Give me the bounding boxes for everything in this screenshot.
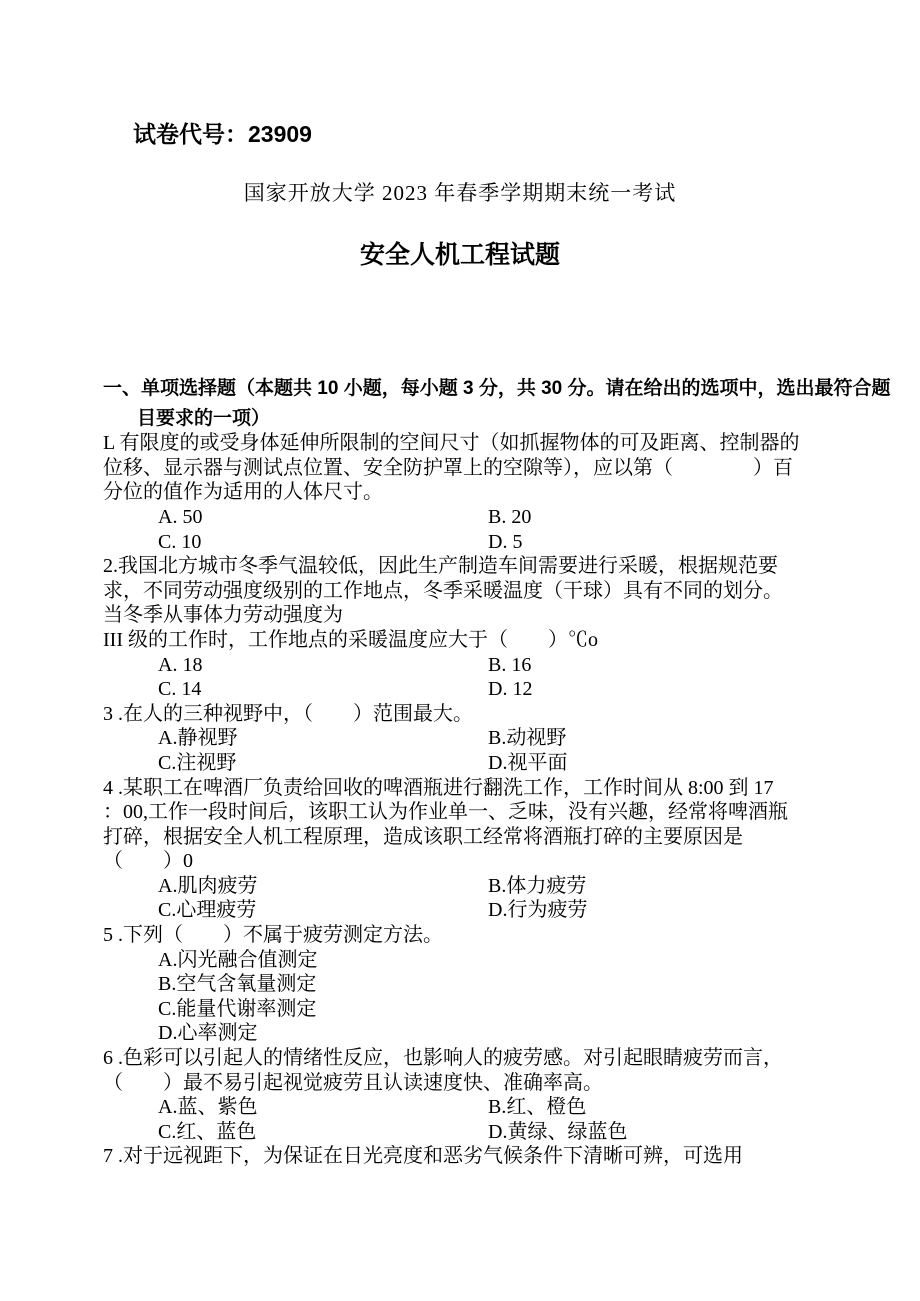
question-3-option-b: B.动视野	[488, 726, 566, 751]
question-3-stem-line-1: 3 .在人的三种视野中，（ ）范围最大。	[103, 702, 843, 727]
question-6-stem-line-2: （ ）最不易引起视觉疲劳且认读速度快、准确率高。	[103, 1071, 843, 1096]
question-1-option-c: C. 10	[158, 531, 201, 553]
question-2-option-c: C. 14	[158, 678, 201, 700]
question-7-stem-line-1: 7 .对于远视距下，为保证在日光亮度和恶劣气候条件下清晰可辨，可选用	[103, 1144, 843, 1169]
question-4-options-row-1: A.肌肉疲劳 B.体力疲劳	[103, 874, 843, 899]
question-4-option-d: D.行为疲劳	[488, 898, 587, 923]
question-2-option-d: D. 12	[488, 677, 532, 702]
question-3-options-row-2: C.注视野 D.视平面	[103, 751, 843, 776]
question-4-option-c: C.心理疲劳	[158, 899, 256, 921]
question-5-option-row-c: C.能量代谢率测定	[103, 997, 843, 1022]
question-5-option-d: D.心率测定	[158, 1022, 257, 1044]
question-5-option-a: A.闪光融合值测定	[158, 949, 317, 971]
paper-title: 安全人机工程试题	[0, 240, 920, 270]
question-2-options-row-1: A. 18 B. 16	[103, 653, 843, 678]
question-3-option-d: D.视平面	[488, 751, 567, 776]
question-4-options-row-2: C.心理疲劳 D.行为疲劳	[103, 898, 843, 923]
question-2-stem-line-3: 当冬季从事体力劳动强度为	[103, 603, 843, 628]
question-6-options-row-2: C.红、蓝色 D.黄绿、绿蓝色	[103, 1120, 843, 1145]
question-5-option-row-d: D.心率测定	[103, 1021, 843, 1046]
question-4-stem-line-1: 4 .某职工在啤酒厂负责给回收的啤酒瓶进行翻洗工作，工作时间从 8:00 到 1…	[103, 776, 843, 801]
question-4-option-b: B.体力疲劳	[488, 874, 586, 899]
question-3-options-row-1: A.静视野 B.动视野	[103, 726, 843, 751]
question-5-option-row-b: B.空气含氧量测定	[103, 972, 843, 997]
question-3-option-a: A.静视野	[158, 727, 237, 749]
question-5-option-b: B.空气含氧量测定	[158, 973, 316, 995]
exam-body: 一、单项选择题（本题共 10 小题，每小题 3 分，共 30 分。请在给出的选项…	[103, 377, 843, 1169]
question-6-option-d: D.黄绿、绿蓝色	[488, 1120, 627, 1145]
question-4-option-a: A.肌肉疲劳	[158, 875, 257, 897]
question-4-stem-line-2: ：00,工作一段时间后，该职工认为作业单一、乏味，没有兴趣，经常将啤酒瓶	[103, 800, 843, 825]
question-6-option-c: C.红、蓝色	[158, 1121, 256, 1143]
question-1-option-a: A. 50	[158, 506, 202, 528]
question-1-options-row-2: C. 10 D. 5	[103, 530, 843, 555]
question-3-option-c: C.注视野	[158, 752, 236, 774]
question-4-stem-line-4: （ ）0	[103, 849, 843, 874]
question-2-option-a: A. 18	[158, 654, 202, 676]
question-1-stem-line-1: L 有限度的或受身体延伸所限制的空间尺寸（如抓握物体的可及距离、控制器的	[103, 431, 843, 456]
question-4-stem-line-3: 打碎，根据安全人机工程原理，造成该职工经常将酒瓶打碎的主要原因是	[103, 825, 843, 850]
question-2-stem-line-1: 2.我国北方城市冬季气温较低，因此生产制造车间需要进行采暖，根据规范要	[103, 554, 843, 579]
question-1-option-b: B. 20	[488, 505, 531, 530]
question-1-stem-line-3: 分位的值作为适用的人体尺寸。	[103, 480, 843, 505]
exam-session-title: 国家开放大学 2023 年春季学期期末统一考试	[0, 180, 920, 206]
question-5-option-c: C.能量代谢率测定	[158, 998, 316, 1020]
question-5-option-row-a: A.闪光融合值测定	[103, 948, 843, 973]
section-heading-line-1: 一、单项选择题（本题共 10 小题，每小题 3 分，共 30 分。请在给出的选项…	[103, 377, 843, 402]
paper-code: 试卷代号：23909	[133, 120, 312, 148]
question-2-option-b: B. 16	[488, 653, 531, 678]
exam-paper-page: 试卷代号：23909 国家开放大学 2023 年春季学期期末统一考试 安全人机工…	[0, 0, 920, 1301]
question-5-stem-line-1: 5 .下列（ ）不属于疲劳测定方法。	[103, 923, 843, 948]
question-6-stem-line-1: 6 .色彩可以引起人的情绪性反应，也影响人的疲劳感。对引起眼睛疲劳而言，	[103, 1046, 843, 1071]
question-2-stem-line-4: III 级的工作时，工作地点的采暖温度应大于（ ）℃o	[103, 628, 843, 653]
question-1-options-row-1: A. 50 B. 20	[103, 505, 843, 530]
question-6-option-a: A.蓝、紫色	[158, 1096, 257, 1118]
question-2-stem-line-2: 求，不同劳动强度级别的工作地点，冬季采暖温度（干球）具有不同的划分。	[103, 579, 843, 604]
question-1-stem-line-2: 位移、显示器与测试点位置、安全防护罩上的空隙等），应以第（ ）百	[103, 456, 843, 481]
question-6-options-row-1: A.蓝、紫色 B.红、橙色	[103, 1095, 843, 1120]
section-heading-line-2: 目要求的一项）	[103, 407, 843, 432]
question-6-option-b: B.红、橙色	[488, 1095, 586, 1120]
question-2-options-row-2: C. 14 D. 12	[103, 677, 843, 702]
question-1-option-d: D. 5	[488, 530, 522, 555]
